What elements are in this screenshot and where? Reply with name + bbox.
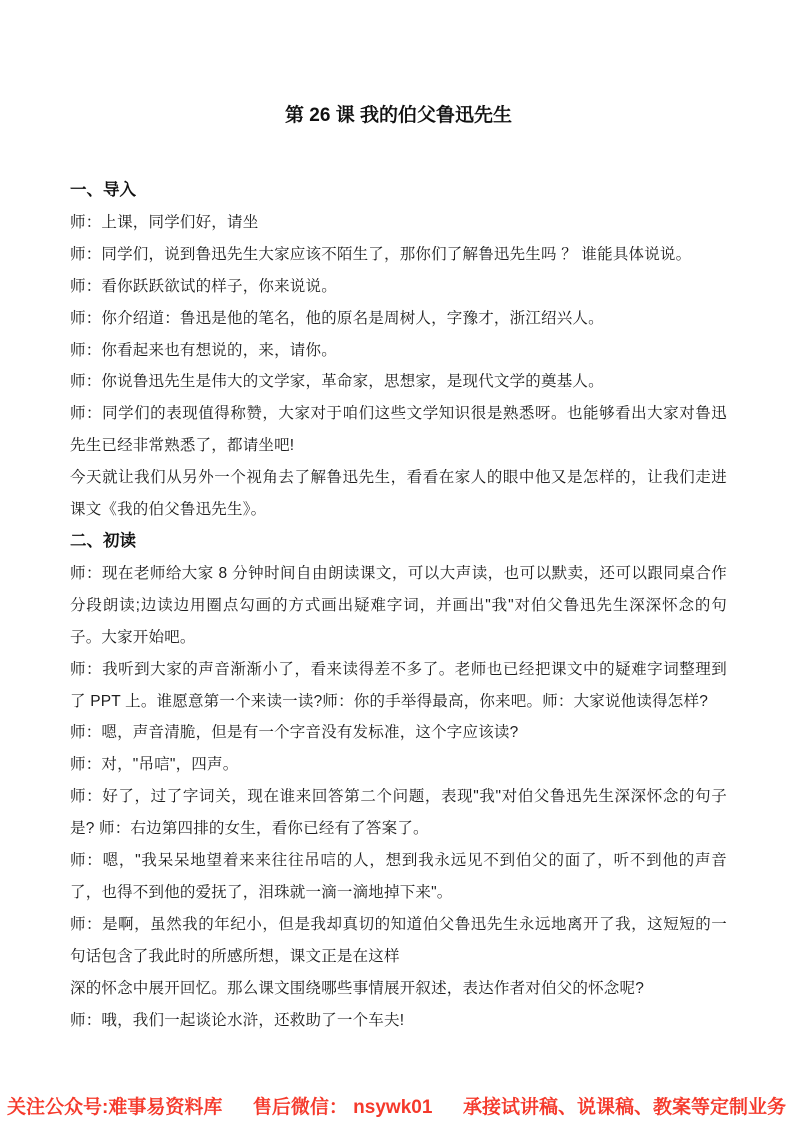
dialogue-line: 师：你说鲁迅先生是伟大的文学家，革命家，思想家，是现代文学的奠基人。 — [70, 366, 727, 398]
dialogue-line: 师：看你跃跃欲试的样子，你来说说。 — [70, 271, 727, 303]
lesson-title: 第 26 课 我的伯父鲁迅先生 — [70, 103, 727, 128]
dialogue-line: 师：嗯，"我呆呆地望着来来往往吊唁的人，想到我永远见不到伯父的面了，听不到他的声… — [70, 845, 727, 909]
dialogue-line: 师：你看起来也有想说的，来，请你。 — [70, 335, 727, 367]
dialogue-line: 师：上课，同学们好，请坐 — [70, 207, 727, 239]
footer-services: 承接试讲稿、说课稿、教案等定制业务 — [463, 1092, 786, 1119]
dialogue-line: 师：对，"吊唁"，四声。 — [70, 749, 727, 781]
footer-public-account: 关注公众号:难事易资料库 — [7, 1092, 222, 1119]
footer-wechat-contact: 售后微信： nsywk01 — [253, 1092, 433, 1119]
promo-footer: 关注公众号:难事易资料库 售后微信： nsywk01 承接试讲稿、说课稿、教案等… — [7, 1092, 786, 1119]
section-heading-chudu: 二、初读 — [70, 526, 727, 558]
dialogue-line: 师：是啊，虽然我的年纪小，但是我却真切的知道伯父鲁迅先生永远地离开了我，这短短的… — [70, 909, 727, 973]
dialogue-line: 师：你介绍道：鲁迅是他的笔名，他的原名是周树人，字豫才，浙江绍兴人。 — [70, 303, 727, 335]
document-page: 第 26 课 我的伯父鲁迅先生 一、导入 师：上课，同学们好，请坐 师：同学们，… — [0, 0, 793, 1122]
dialogue-line: 师：同学们的表现值得称赞，大家对于咱们这些文学知识很是熟悉呀。也能够看出大家对鲁… — [70, 398, 727, 462]
dialogue-line: 师：同学们，说到鲁迅先生大家应该不陌生了，那你们了解鲁迅先生吗 ？ 谁能具体说说… — [70, 239, 727, 271]
dialogue-line: 师：嗯，声音清脆，但是有一个字音没有发标准，这个字应该读? — [70, 717, 727, 749]
dialogue-line: 师：我听到大家的声音渐渐小了，看来读得差不多了。老师也已经把课文中的疑难字词整理… — [70, 654, 727, 718]
dialogue-line: 师：现在老师给大家 8 分钟时间自由朗读课文，可以大声读，也可以默卖，还可以跟同… — [70, 558, 727, 654]
dialogue-line: 师：好了，过了字词关，现在谁来回答第二个问题，表现"我"对伯父鲁迅先生深深怀念的… — [70, 781, 727, 845]
section-heading-daoru: 一、导入 — [70, 175, 727, 207]
narration-line: 今天就让我们从另外一个视角去了解鲁迅先生，看看在家人的眼中他又是怎样的，让我们走… — [70, 462, 727, 526]
dialogue-line: 师：哦，我们一起谈论水浒，还救助了一个车夫! — [70, 1005, 727, 1037]
narration-line: 深的怀念中展开回忆。那么课文围绕哪些事情展开叙述，表达作者对伯父的怀念呢? — [70, 973, 727, 1005]
